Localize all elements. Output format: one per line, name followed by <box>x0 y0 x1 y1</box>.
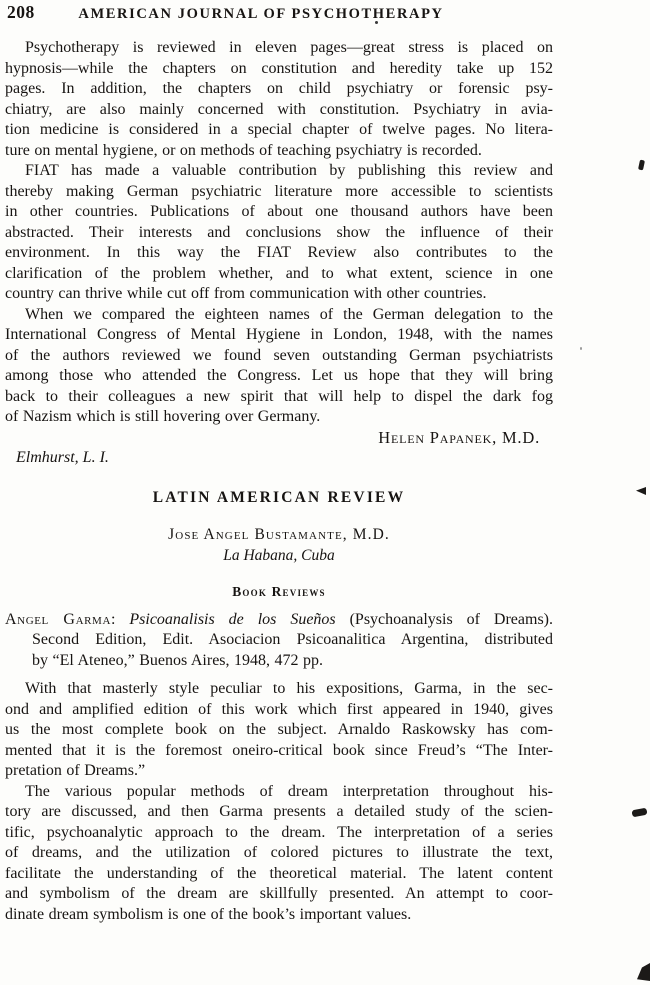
text-line: of the authors reviewed we found seven o… <box>5 346 553 367</box>
paragraph-london-congress: When we compared the eighteen names of t… <box>5 305 553 428</box>
text-line: country can thrive while cut off from co… <box>5 284 553 305</box>
book-entry-first-line: Angel Garma: Psicoanalisis de los Sueños… <box>5 610 553 631</box>
reviewed-author-name: Angel Garma <box>5 611 111 628</box>
paragraph-garma-style: With that masterly style peculiar to his… <box>5 679 553 782</box>
book-title: Psicoanalisis de los Sueños <box>129 611 335 628</box>
ink-speck-middle <box>580 347 582 350</box>
text-line: of Nazism which is still hovering over G… <box>5 407 553 428</box>
book-title-translation: (Psychoanalysis of Dreams). <box>336 611 553 628</box>
text-line: Second Edition, Edit. Asociacion Psicoan… <box>5 630 553 651</box>
text-line: When we compared the eighteen names of t… <box>5 305 553 326</box>
text-line: ture on mental hygiene, or on methods of… <box>5 141 553 162</box>
paragraph-psychotherapy-review: Psychotherapy is reviewed in eleven page… <box>5 38 553 161</box>
page-body: Psychotherapy is reviewed in eleven page… <box>5 38 553 925</box>
text-line: thereby making German psychiatric litera… <box>5 182 553 203</box>
ink-mark-right-margin-middle <box>636 487 646 495</box>
text-line: clarification of the problem whether, an… <box>5 264 553 285</box>
text-line: by “El Ateneo,” Buenos Aires, 1948, 472 … <box>5 651 553 672</box>
text-line: With that masterly style peculiar to his… <box>5 679 553 700</box>
scanned-journal-page: 208 AMERICAN JOURNAL OF PSYCHOTHERAPY Ps… <box>0 0 650 985</box>
text-line: Psychotherapy is reviewed in eleven page… <box>5 38 553 59</box>
text-line: facilitate the understanding of the theo… <box>5 864 553 885</box>
text-line: hypnosis—while the chapters on constitut… <box>5 59 553 80</box>
text-line: dinate dream symbolism is one of the boo… <box>5 905 553 926</box>
text-line: International Congress of Mental Hygiene… <box>5 325 553 346</box>
text-line: us the most complete book on the subject… <box>5 720 553 741</box>
page-number: 208 <box>7 2 35 23</box>
reviewer-location: Elmhurst, L. I. <box>5 448 553 469</box>
text-line: pretation of Dreams.” <box>5 761 553 782</box>
text-line: in other countries. Publications of abou… <box>5 202 553 223</box>
subsection-title-book-reviews: Book Reviews <box>5 582 553 603</box>
text-line: FIAT has made a valuable contribution by… <box>5 161 553 182</box>
paragraph-fiat-contribution: FIAT has made a valuable contribution by… <box>5 161 553 305</box>
section-title-latin-american-review: LATIN AMERICAN REVIEW <box>5 488 553 509</box>
text-line: abstracted. Their interests and conclusi… <box>5 223 553 244</box>
book-review-entry: Angel Garma: Psicoanalisis de los Sueños… <box>5 610 553 672</box>
text-line: back to their colleagues a new spirit th… <box>5 387 553 408</box>
text-line: The various popular methods of dream int… <box>5 782 553 803</box>
ink-mark-right-margin-lower <box>631 808 647 818</box>
text-line: tion medicine is considered in a special… <box>5 120 553 141</box>
text-line: tific, psychoanalytic approach to the dr… <box>5 823 553 844</box>
text-line: among those who attended the Congress. L… <box>5 366 553 387</box>
ink-mark-right-margin-top <box>638 160 645 171</box>
journal-running-head: AMERICAN JOURNAL OF PSYCHOTHERAPY <box>78 4 443 25</box>
paragraph-dream-methods: The various popular methods of dream int… <box>5 782 553 926</box>
reviewer-signature: Helen Papanek, M.D. <box>5 428 553 449</box>
text-line: chiatry, are also mainly concerned with … <box>5 100 553 121</box>
text-line: tory are discussed, and then Garma prese… <box>5 802 553 823</box>
section-author-location: La Habana, Cuba <box>5 546 553 567</box>
text-line: pages. In addition, the chapters on chil… <box>5 79 553 100</box>
text-line: ond and amplified edition of this work w… <box>5 700 553 721</box>
text-line: environment. In this way the FIAT Review… <box>5 243 553 264</box>
text-line: and symbolism of the dream are skillfull… <box>5 884 553 905</box>
entry-separator: : <box>111 611 129 628</box>
text-line: mented that it is the foremost oneiro-cr… <box>5 741 553 762</box>
section-author: Jose Angel Bustamante, M.D. <box>5 525 553 546</box>
book-entry-continuation: Second Edition, Edit. Asociacion Psicoan… <box>5 630 553 671</box>
ink-mark-bottom-right-corner <box>637 963 650 981</box>
ink-speck-header <box>375 21 378 24</box>
text-line: of dreams, and the utilization of colore… <box>5 843 553 864</box>
